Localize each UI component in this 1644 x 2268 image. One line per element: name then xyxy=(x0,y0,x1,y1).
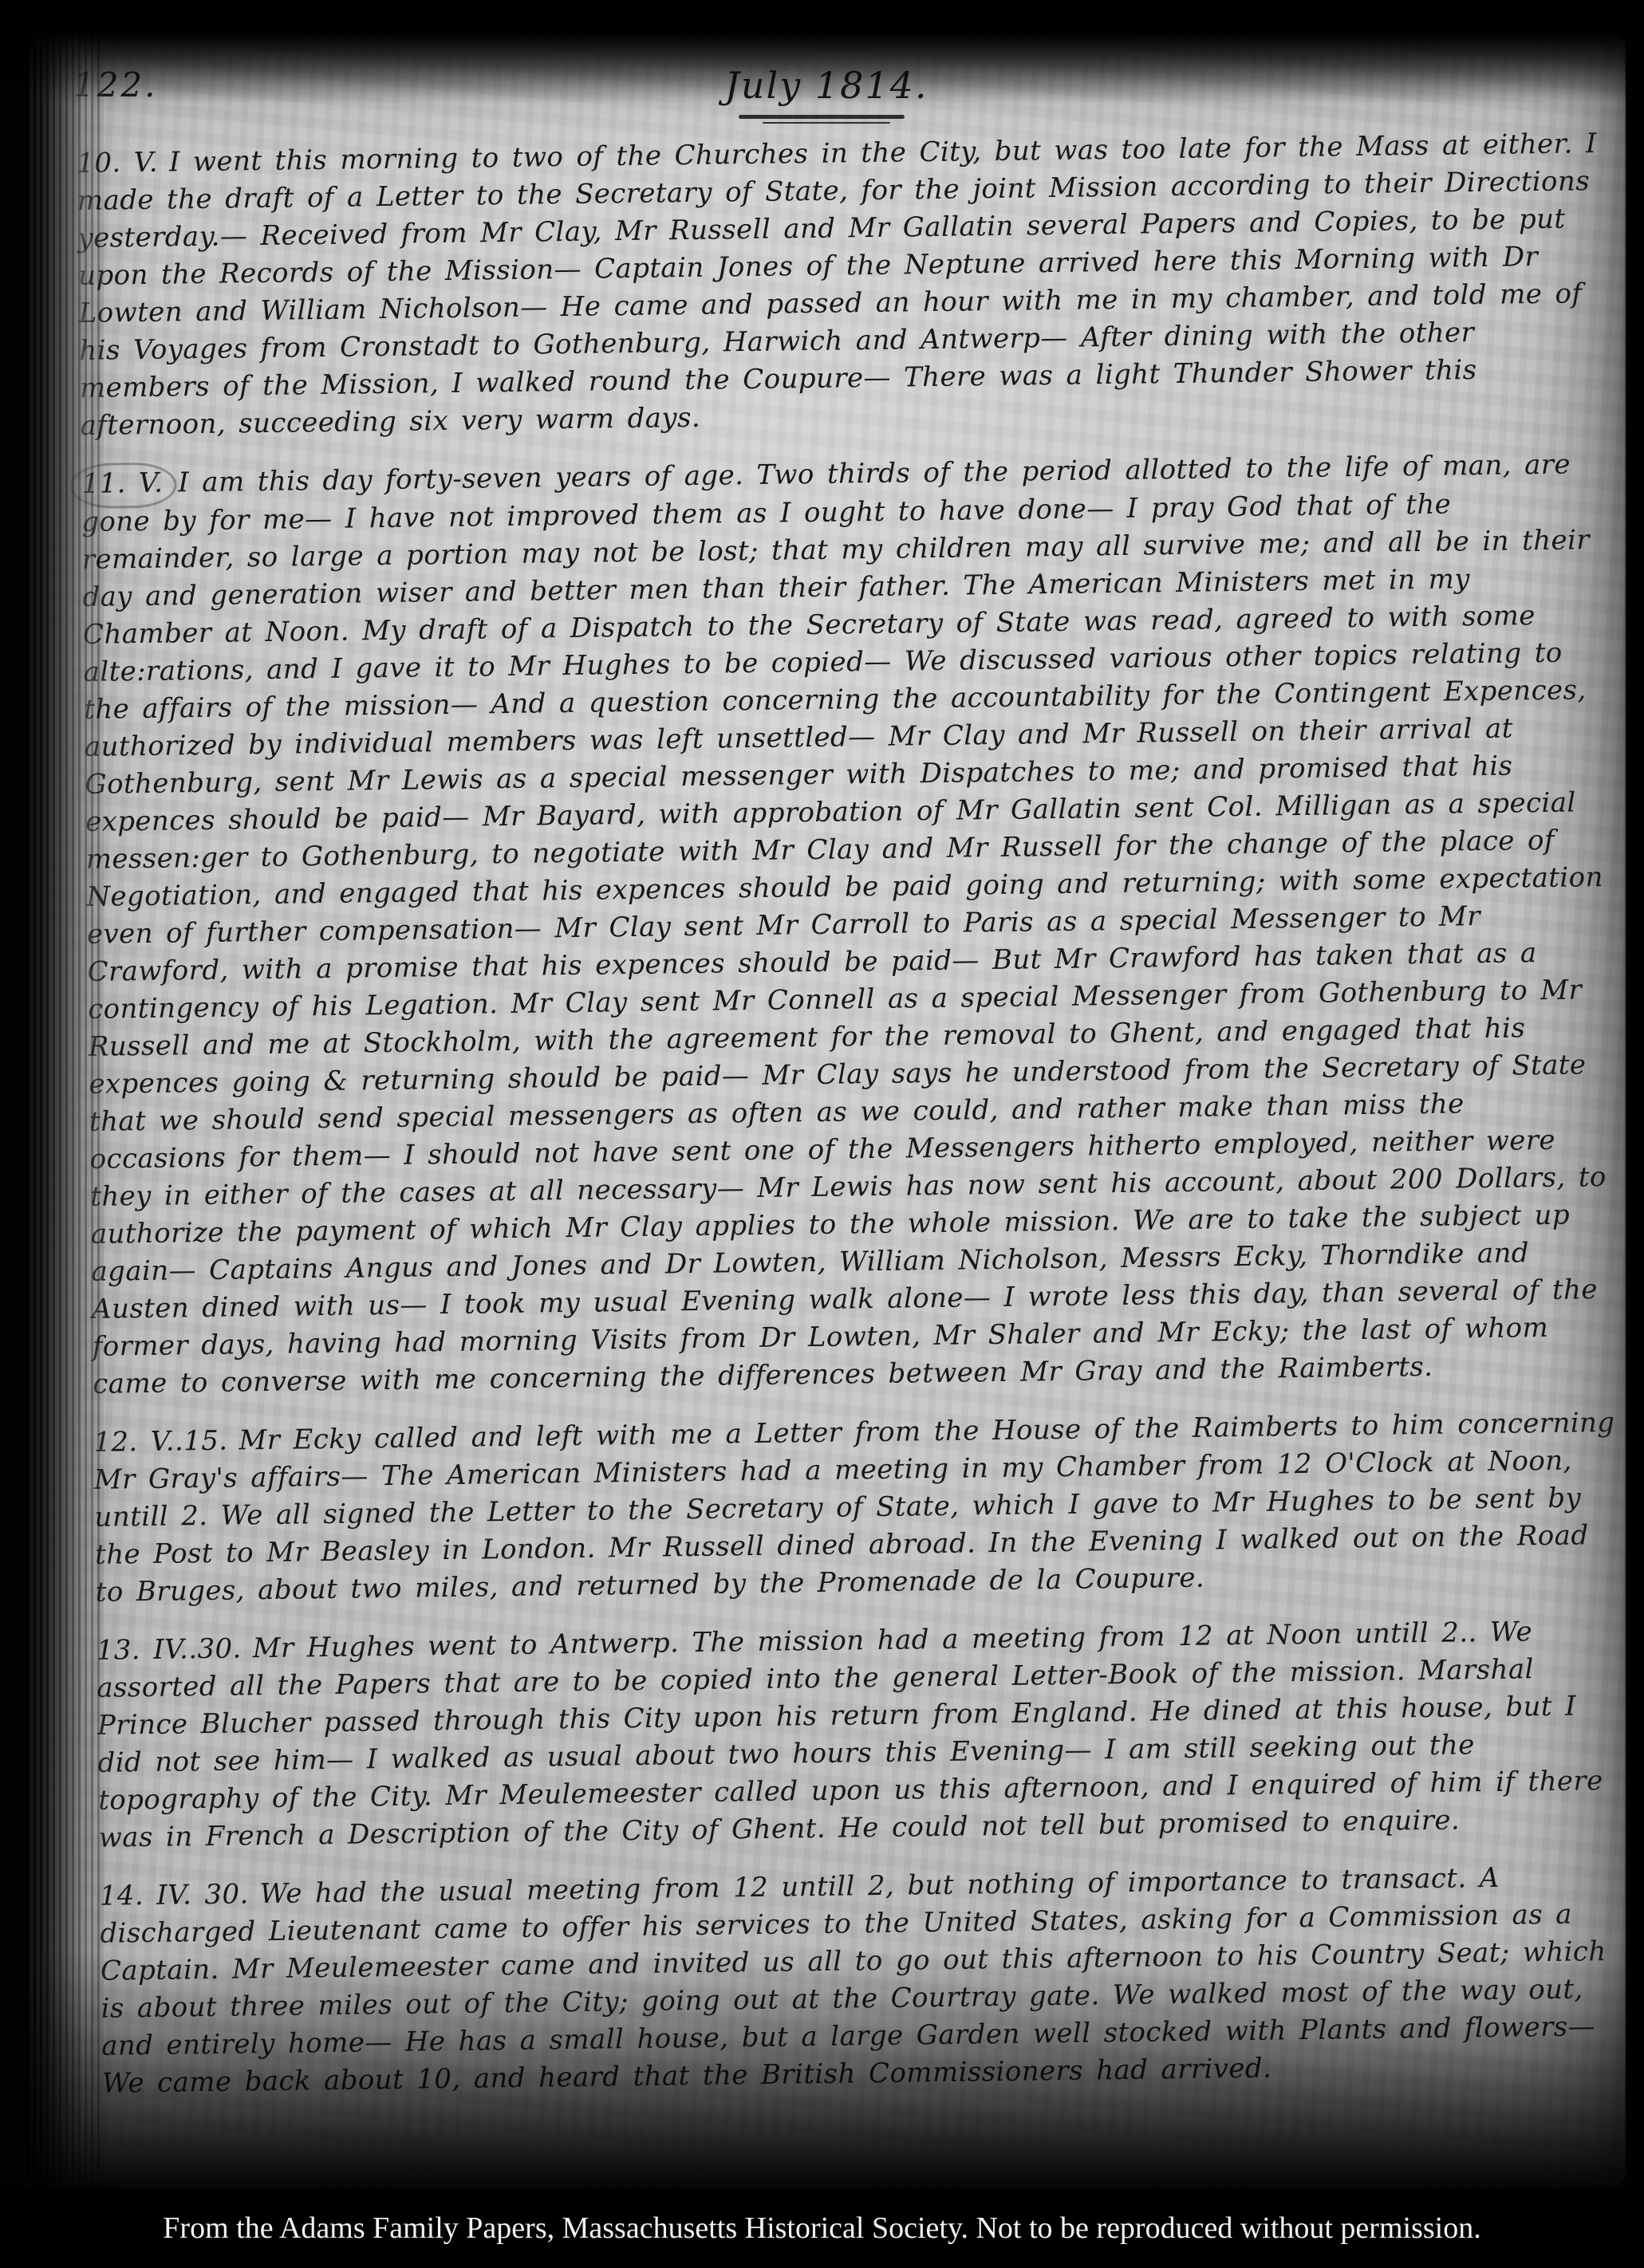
caption-bar: From the Adams Family Papers, Massachuse… xyxy=(0,2188,1644,2268)
manuscript-scan: 122. July 1814. 10. V.I went this mornin… xyxy=(0,0,1644,2268)
entry-marker: 12. V..15. xyxy=(93,1424,239,1458)
book-spine xyxy=(27,32,104,2188)
entry-marker: 13. IV..30. xyxy=(96,1632,253,1667)
entry-marker: 14. IV. 30. xyxy=(99,1878,260,1912)
entry-text: I am this day forty-seven years of age. … xyxy=(81,449,1607,1400)
diary-entry-july-10: 10. V.I went this morning to two of the … xyxy=(77,125,1604,445)
diary-entry-july-11: 11. V.I am this day forty-seven years of… xyxy=(81,446,1616,1404)
entry-text: Mr Hughes went to Antwerp. The mission h… xyxy=(97,1616,1603,1854)
diary-entry-july-13: 13. IV..30.Mr Hughes went to Antwerp. Th… xyxy=(96,1612,1622,1857)
diary-entry-july-12: 12. V..15.Mr Ecky called and left with m… xyxy=(93,1404,1619,1612)
scan-border-top xyxy=(0,0,1644,104)
caption-text: From the Adams Family Papers, Massachuse… xyxy=(163,2211,1480,2246)
entry-text: Mr Ecky called and left with me a Letter… xyxy=(94,1407,1615,1608)
diary-entries: 10. V.I went this morning to two of the … xyxy=(77,125,1626,2124)
entry-text: I went this morning to two of the Church… xyxy=(77,128,1597,442)
title-underline xyxy=(739,115,905,119)
manuscript-page: 122. July 1814. 10. V.I went this mornin… xyxy=(27,32,1626,2188)
scan-border-right xyxy=(1623,0,1644,2268)
title-underline-2 xyxy=(763,122,890,124)
bottom-vignette xyxy=(27,1949,1626,2188)
